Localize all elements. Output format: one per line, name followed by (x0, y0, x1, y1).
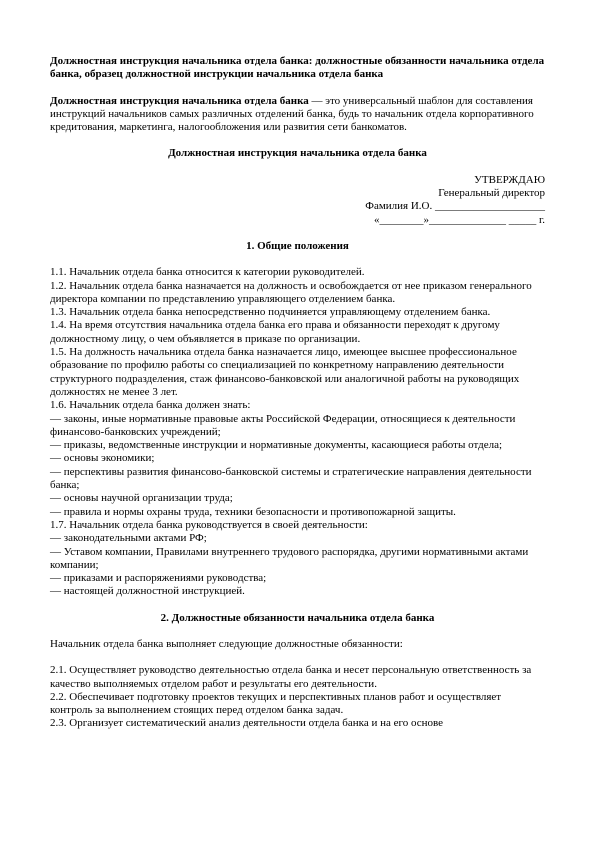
section1-item: 1.6. Начальник отдела банка должен знать… (50, 399, 545, 412)
section1-item: — основы экономики; (50, 452, 545, 465)
approval-position: Генеральный директор (50, 187, 545, 200)
section2-item: 2.1. Осуществляет руководство деятельнос… (50, 664, 545, 691)
intro-lead-bold: Должностная инструкция начальника отдела… (50, 95, 309, 107)
section1-item: — законодательными актами РФ; (50, 532, 545, 545)
section1-item: 1.4. На время отсутствия начальника отде… (50, 319, 545, 346)
intro-paragraph: Должностная инструкция начальника отдела… (50, 95, 545, 135)
section2-item: 2.3. Организует систематический анализ д… (50, 717, 545, 730)
section2-heading: 2. Должностные обязанности начальника от… (50, 612, 545, 625)
section1-heading: 1. Общие положения (50, 240, 545, 253)
document-heading: Должностная инструкция начальника отдела… (50, 147, 545, 160)
section2-item: 2.2. Обеспечивает подготовку проектов те… (50, 691, 545, 718)
section1-item: — правила и нормы охраны труда, техники … (50, 506, 545, 519)
approval-name-line: Фамилия И.О. ____________________ (50, 200, 545, 213)
approval-date-line: «________»______________ _____ г. (50, 214, 545, 227)
approval-block: УТВЕРЖДАЮ Генеральный директор Фамилия И… (50, 174, 545, 227)
section1-item: 1.1. Начальник отдела банка относится к … (50, 266, 545, 279)
section1-item: — приказами и распоряжениями руководства… (50, 572, 545, 585)
section1-item: 1.2. Начальник отдела банка назначается … (50, 280, 545, 307)
document-page: Должностная инструкция начальника отдела… (0, 0, 595, 842)
section1-item: — Уставом компании, Правилами внутреннег… (50, 546, 545, 573)
section1-item: — приказы, ведомственные инструкции и но… (50, 439, 545, 452)
section1-item: — законы, иные нормативные правовые акты… (50, 413, 545, 440)
section1-item: 1.3. Начальник отдела банка непосредстве… (50, 306, 545, 319)
section1-item: — основы научной организации труда; (50, 492, 545, 505)
approval-approve-label: УТВЕРЖДАЮ (50, 174, 545, 187)
section2-body: 2.1. Осуществляет руководство деятельнос… (50, 664, 545, 730)
section1-item: — перспективы развития финансово-банковс… (50, 466, 545, 493)
section1-item: 1.7. Начальник отдела банка руководствуе… (50, 519, 545, 532)
section1-item: 1.5. На должность начальника отдела банк… (50, 346, 545, 399)
section2-intro: Начальник отдела банка выполняет следующ… (50, 638, 545, 651)
section1-item: — настоящей должностной инструкцией. (50, 585, 545, 598)
document-title: Должностная инструкция начальника отдела… (50, 55, 545, 82)
section1-body: 1.1. Начальник отдела банка относится к … (50, 266, 545, 598)
